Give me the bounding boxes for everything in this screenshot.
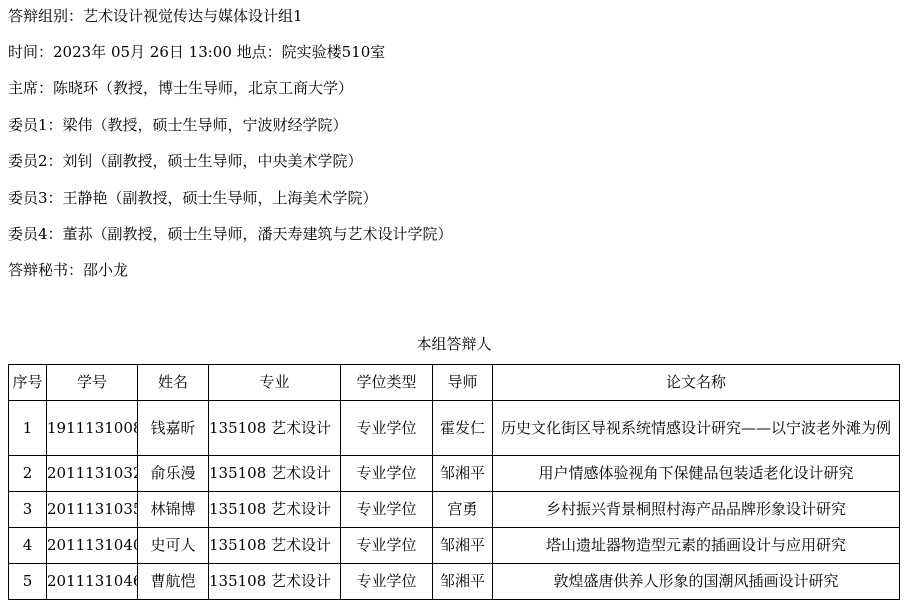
chair: 主席：陈晓环（教授，博士生导师，北京工商大学） [8, 77, 353, 99]
table-row: 2 2011131032 俞乐漫 135108 艺术设计 专业学位 邹湘平 用户… [9, 456, 900, 492]
header-student-id: 学号 [47, 365, 138, 401]
cell-student-id: 2011131046 [47, 564, 138, 600]
cell-student-id: 2011131035 [47, 492, 138, 528]
table-row: 1 1911131008 钱嘉昕 135108 艺术设计 专业学位 霍发仁 历史… [9, 401, 900, 456]
cell-thesis-title: 用户情感体验视角下保健品包装适老化设计研究 [493, 456, 900, 492]
member-1: 委员1：梁伟（教授，硕士生导师，宁波财经学院） [8, 114, 348, 136]
cell-degree-type: 专业学位 [341, 401, 433, 456]
cell-advisor: 邹湘平 [433, 528, 493, 564]
cell-name: 林锦博 [138, 492, 209, 528]
cell-advisor: 邹湘平 [433, 456, 493, 492]
cell-major: 135108 艺术设计 [209, 564, 341, 600]
cell-no: 2 [9, 456, 47, 492]
cell-degree-type: 专业学位 [341, 564, 433, 600]
table-caption: 本组答辩人 [0, 333, 908, 355]
cell-name: 钱嘉昕 [138, 401, 209, 456]
cell-student-id: 2011131040 [47, 528, 138, 564]
cell-student-id: 2011131032 [47, 456, 138, 492]
cell-major: 135108 艺术设计 [209, 456, 341, 492]
cell-thesis-title: 塔山遗址器物造型元素的插画设计与应用研究 [493, 528, 900, 564]
cell-advisor: 宫勇 [433, 492, 493, 528]
member-4: 委员4：董荪（副教授，硕士生导师，潘天寿建筑与艺术设计学院） [8, 223, 453, 245]
cell-advisor: 邹湘平 [433, 564, 493, 600]
defense-candidates-table: 序号 学号 姓名 专业 学位类型 导师 论文名称 1 1911131008 钱嘉… [8, 364, 900, 600]
header-advisor: 导师 [433, 365, 493, 401]
cell-name: 俞乐漫 [138, 456, 209, 492]
cell-thesis-title: 敦煌盛唐供养人形象的国潮风插画设计研究 [493, 564, 900, 600]
table-row: 5 2011131046 曹航恺 135108 艺术设计 专业学位 邹湘平 敦煌… [9, 564, 900, 600]
header-no: 序号 [9, 365, 47, 401]
table-row: 4 2011131040 史可人 135108 艺术设计 专业学位 邹湘平 塔山… [9, 528, 900, 564]
header-major: 专业 [209, 365, 341, 401]
header-name: 姓名 [138, 365, 209, 401]
cell-no: 5 [9, 564, 47, 600]
cell-degree-type: 专业学位 [341, 492, 433, 528]
cell-degree-type: 专业学位 [341, 456, 433, 492]
cell-no: 4 [9, 528, 47, 564]
cell-student-id: 1911131008 [47, 401, 138, 456]
header-thesis-title: 论文名称 [493, 365, 900, 401]
header-degree-type: 学位类型 [341, 365, 433, 401]
cell-thesis-title: 历史文化街区导视系统情感设计研究——以宁波老外滩为例 [493, 401, 900, 456]
cell-no: 3 [9, 492, 47, 528]
defense-group: 答辩组别：艺术设计视觉传达与媒体设计组1 [8, 5, 303, 27]
cell-no: 1 [9, 401, 47, 456]
cell-advisor: 霍发仁 [433, 401, 493, 456]
member-3: 委员3：王静艳（副教授，硕士生导师，上海美术学院） [8, 187, 378, 209]
cell-degree-type: 专业学位 [341, 528, 433, 564]
time-location: 时间：2023年 05月 26日 13:00 地点：院实验楼510室 [8, 41, 385, 63]
cell-major: 135108 艺术设计 [209, 492, 341, 528]
cell-name: 史可人 [138, 528, 209, 564]
cell-thesis-title: 乡村振兴背景桐照村海产品品牌形象设计研究 [493, 492, 900, 528]
table-row: 3 2011131035 林锦博 135108 艺术设计 专业学位 宫勇 乡村振… [9, 492, 900, 528]
member-2: 委员2：刘钊（副教授，硕士生导师，中央美术学院） [8, 150, 363, 172]
cell-name: 曹航恺 [138, 564, 209, 600]
table-header-row: 序号 学号 姓名 专业 学位类型 导师 论文名称 [9, 365, 900, 401]
secretary: 答辩秘书：邵小龙 [8, 259, 128, 281]
cell-major: 135108 艺术设计 [209, 528, 341, 564]
cell-major: 135108 艺术设计 [209, 401, 341, 456]
